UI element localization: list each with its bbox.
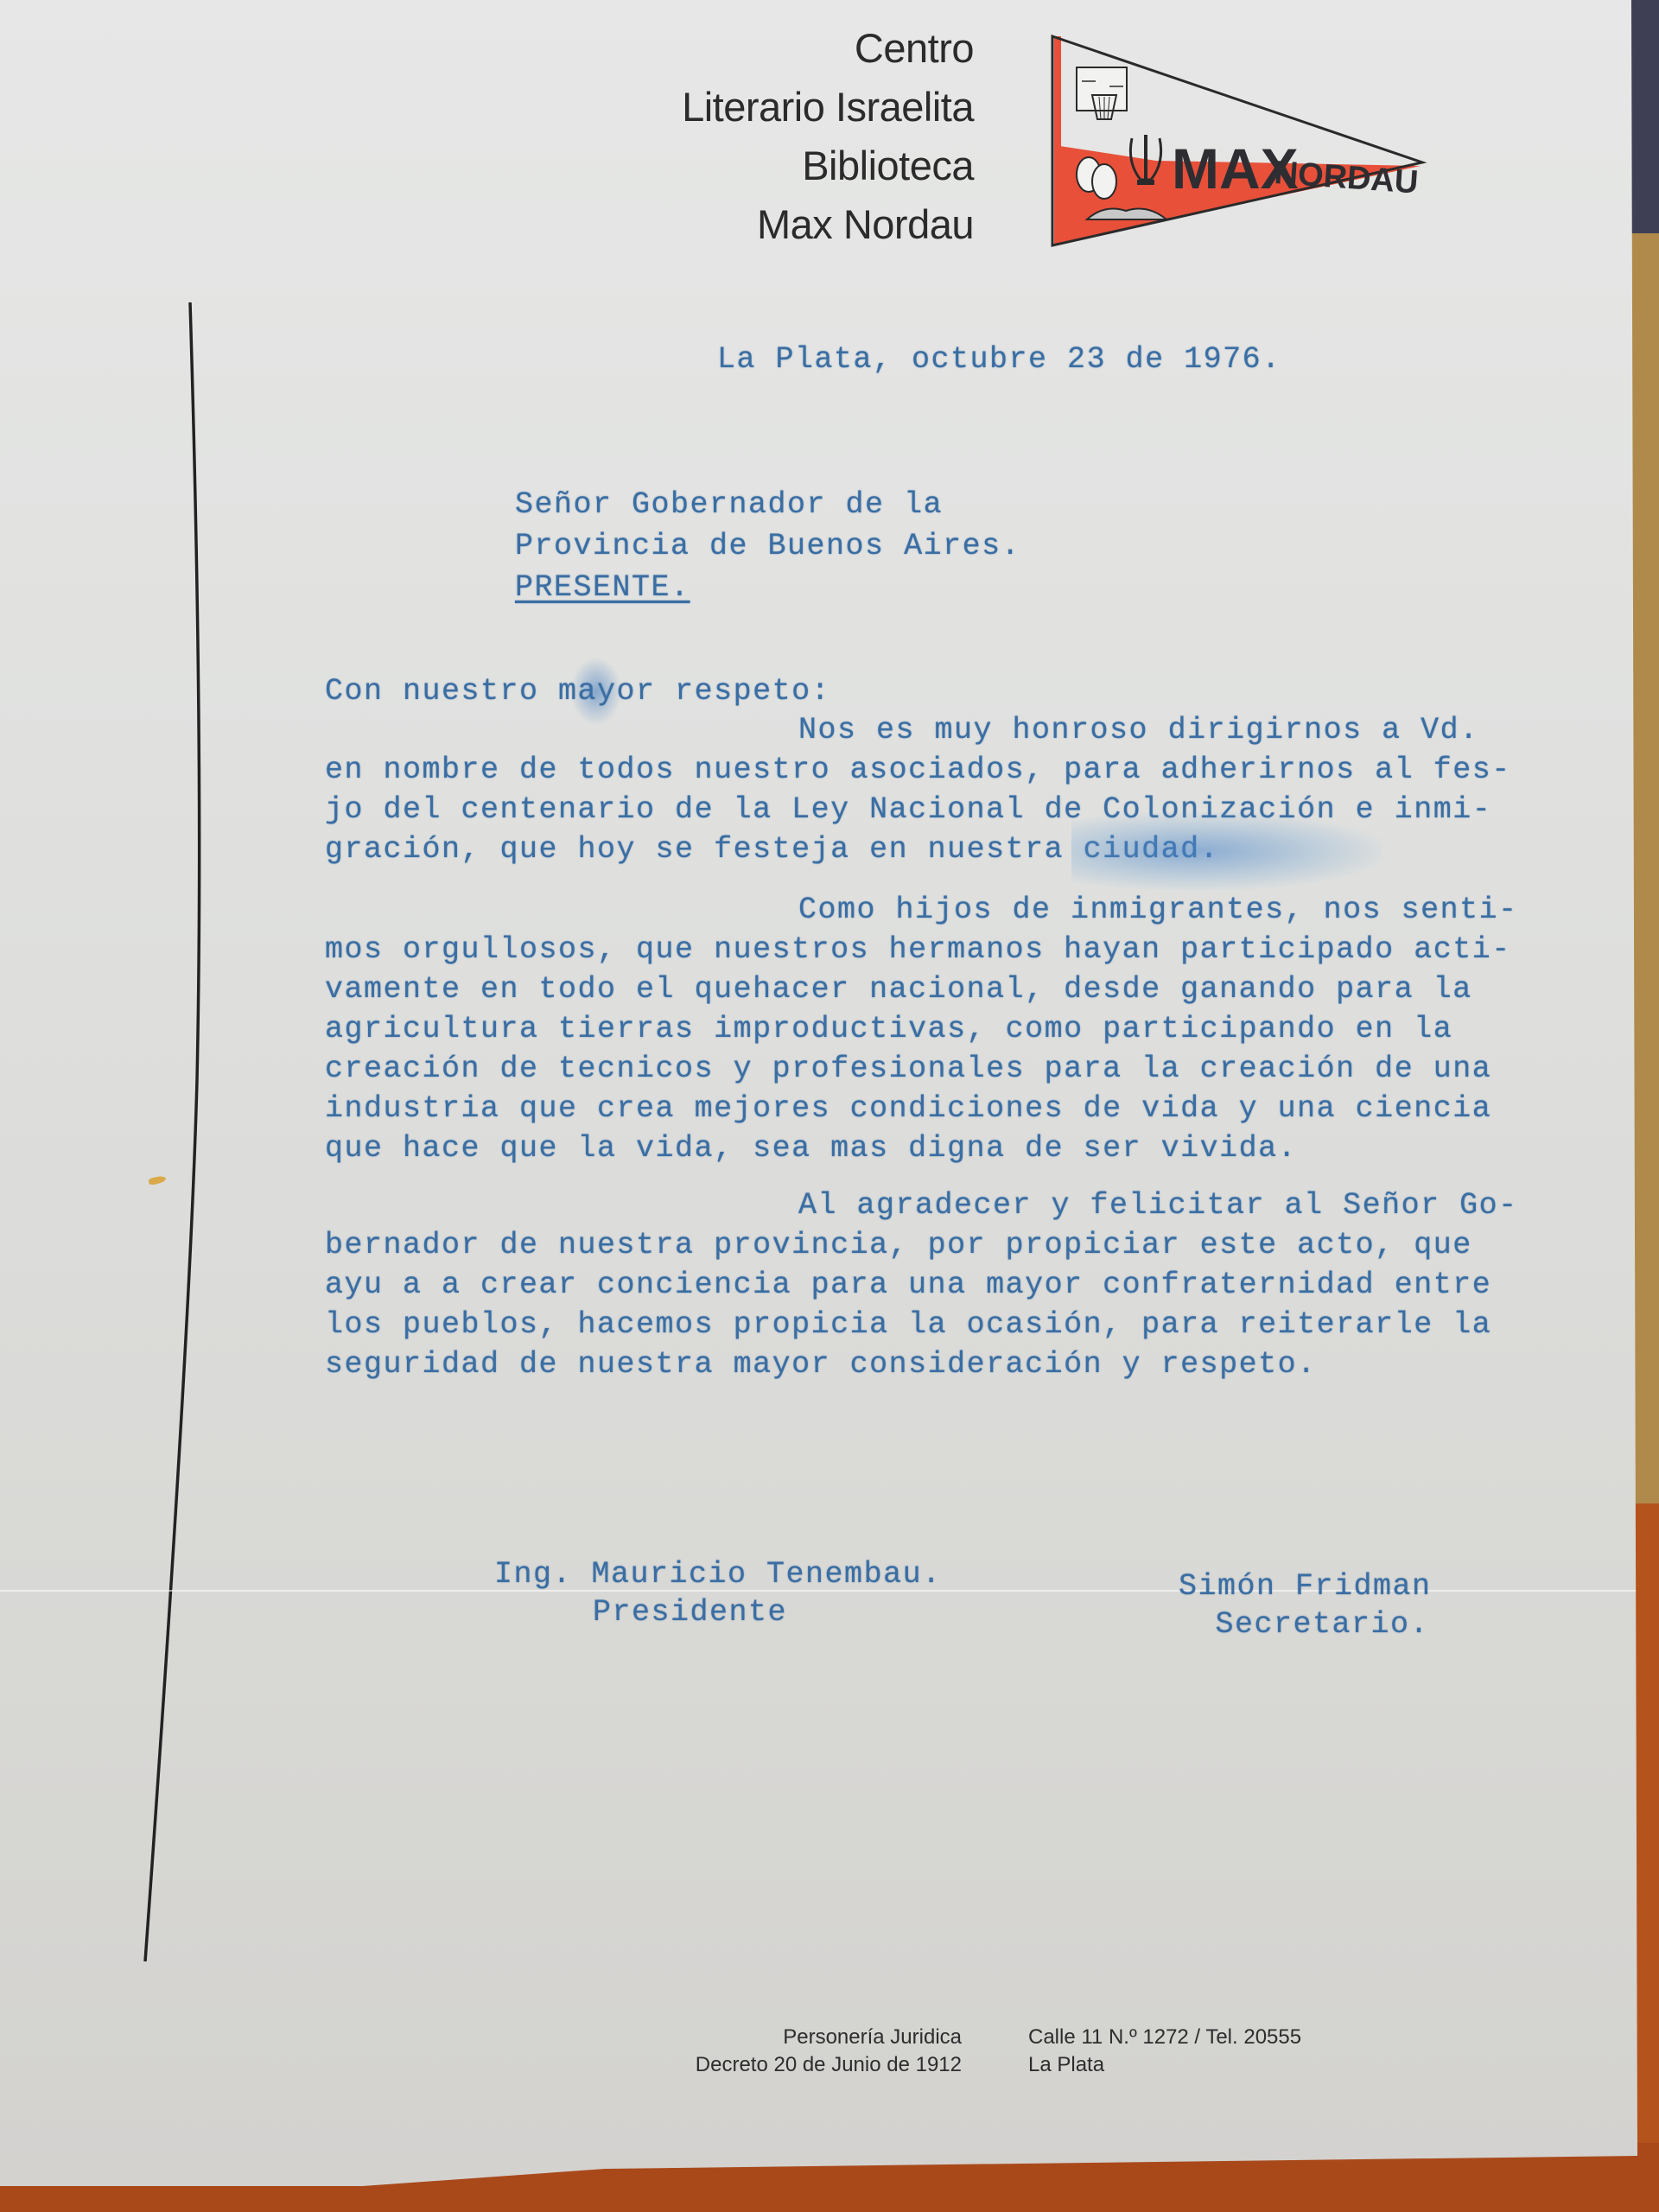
pennant-logo: MAX NORDAU [1044,33,1433,249]
paragraph-2: Como hijos de inmigrantes, nos senti- mo… [325,890,1518,1168]
paragraph-line: ayu a a crear conciencia para una mayor … [325,1265,1518,1305]
paragraph-line: Como hijos de inmigrantes, nos senti- [325,890,1518,930]
footer-line: Calle 11 N.º 1272 / Tel. 20555 [1028,2024,1301,2051]
footer-address: Calle 11 N.º 1272 / Tel. 20555 La Plata [1028,2024,1301,2079]
signature-secretary: Simón Fridman Secretario. [1179,1567,1432,1643]
paragraph-line: vamente en todo el quehacer nacional, de… [325,969,1518,1009]
footer-line: La Plata [1028,2051,1301,2079]
signatory-name: Simón Fridman [1179,1567,1432,1605]
paragraph-line: creación de tecnicos y profesionales par… [325,1049,1518,1089]
paragraph-line: agricultura tierras improductivas, como … [325,1009,1518,1049]
letterhead-line: Biblioteca [682,137,974,195]
letterhead-title: Centro Literario Israelita Biblioteca Ma… [682,19,974,254]
basketball-hoop-icon [1077,67,1127,119]
paragraph-line: los pueblos, hacemos propicia la ocasión… [325,1305,1518,1344]
footer-line: Personería Juridica [696,2024,962,2051]
salutation: Con nuestro mayor respeto: [325,674,830,709]
paragraph-line: Nos es muy honroso dirigirnos a Vd. [325,710,1511,750]
paragraph-line: seguridad de nuestra mayor consideración… [325,1344,1518,1384]
signatory-title: Presidente [494,1593,942,1631]
recipient-line: Provincia de Buenos Aires. [515,525,1020,567]
recipient-block: Señor Gobernador de la Provincia de Buen… [515,484,1020,608]
paragraph-line: en nombre de todos nuestro asociados, pa… [325,750,1511,790]
margin-line [138,302,207,1961]
recipient-line: Señor Gobernador de la [515,484,1020,525]
paragraph-3: Al agradecer y felicitar al Señor Go- be… [325,1185,1518,1384]
footer-legal: Personería Juridica Decreto 20 de Junio … [696,2024,962,2079]
letterhead-line: Max Nordau [682,195,974,254]
paragraph-line: Al agradecer y felicitar al Señor Go- [325,1185,1518,1225]
ink-smudge [1071,812,1382,890]
paragraph-line: mos orgullosos, que nuestros hermanos ha… [325,930,1518,969]
letter-sheet: Centro Literario Israelita Biblioteca Ma… [0,0,1637,2186]
signature-president: Ing. Mauricio Tenembau. Presidente [494,1555,942,1631]
paragraph-line: industria que crea mejores condiciones d… [325,1089,1518,1128]
footer-line: Decreto 20 de Junio de 1912 [696,2051,962,2079]
paragraph-line: bernador de nuestra provincia, por propi… [325,1225,1518,1265]
letterhead-line: Centro [682,19,974,78]
recipient-presente: PRESENTE. [515,567,1020,608]
signatory-title: Secretario. [1179,1605,1432,1643]
letter-date: La Plata, octubre 23 de 1976. [717,342,1281,377]
paragraph-line: que hace que la vida, sea mas digna de s… [325,1128,1518,1168]
letterhead-line: Literario Israelita [682,78,974,137]
signatory-name: Ing. Mauricio Tenembau. [494,1555,942,1593]
